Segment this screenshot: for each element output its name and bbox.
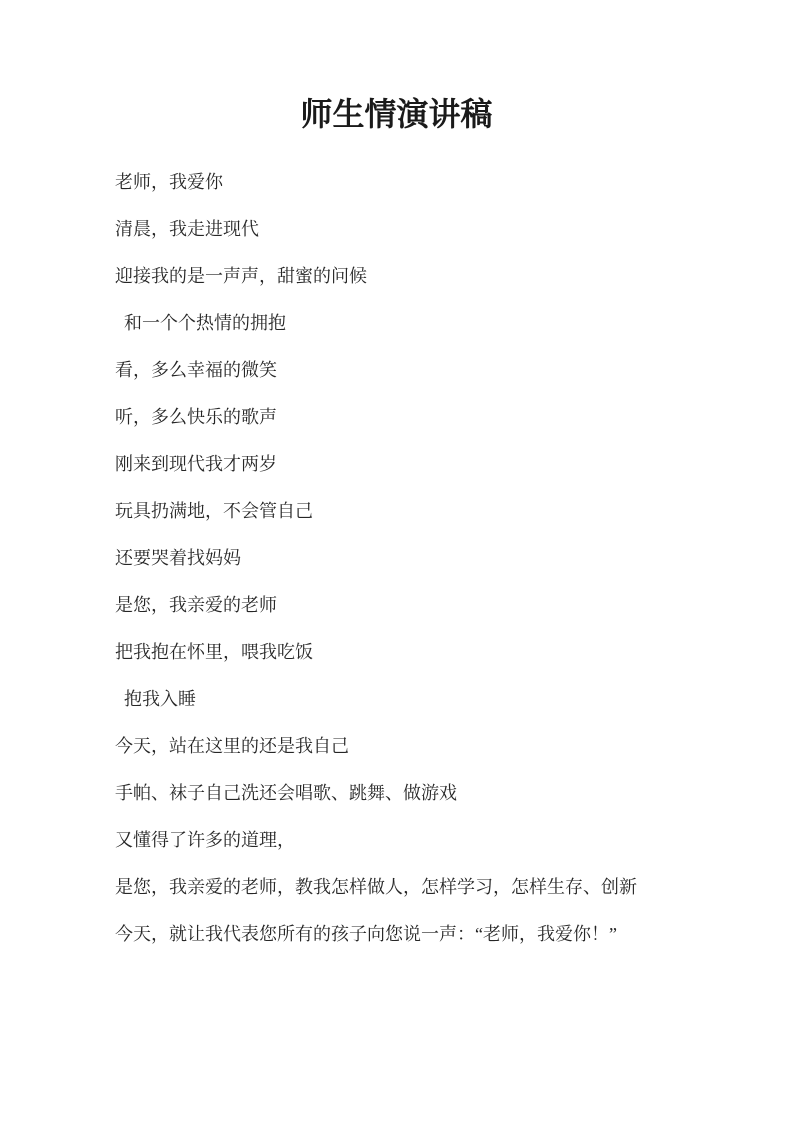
speech-line: 今天，站在这里的还是我自己 [115,737,733,755]
document-page: 师生情演讲稿 老师，我爱你 清晨，我走进现代 迎接我的是一声声，甜蜜的问候 和一… [0,0,793,1122]
speech-line: 手帕、袜子自己洗还会唱歌、跳舞、做游戏 [115,784,733,802]
speech-line: 今天，就让我代表您所有的孩子向您说一声：“老师，我爱你！” [115,925,733,943]
speech-line: 玩具扔满地，不会管自己 [115,502,733,520]
speech-line: 把我抱在怀里，喂我吃饭 [115,643,733,661]
speech-line: 清晨，我走进现代 [115,220,733,238]
speech-line: 听，多么快乐的歌声 [115,408,733,426]
speech-line: 是您，我亲爱的老师 [115,596,733,614]
speech-line: 刚来到现代我才两岁 [115,455,733,473]
speech-line: 和一个个热情的拥抱 [115,314,733,332]
speech-line: 抱我入睡 [115,690,733,708]
speech-line: 老师，我爱你 [115,173,733,191]
speech-line: 又懂得了许多的道理， [115,831,733,849]
speech-line: 还要哭着找妈妈 [115,549,733,567]
document-title: 师生情演讲稿 [0,0,793,131]
speech-line: 看，多么幸福的微笑 [115,361,733,379]
document-body: 老师，我爱你 清晨，我走进现代 迎接我的是一声声，甜蜜的问候 和一个个热情的拥抱… [115,173,733,943]
speech-line: 迎接我的是一声声，甜蜜的问候 [115,267,733,285]
speech-line: 是您，我亲爱的老师，教我怎样做人，怎样学习，怎样生存、创新 [115,878,733,896]
